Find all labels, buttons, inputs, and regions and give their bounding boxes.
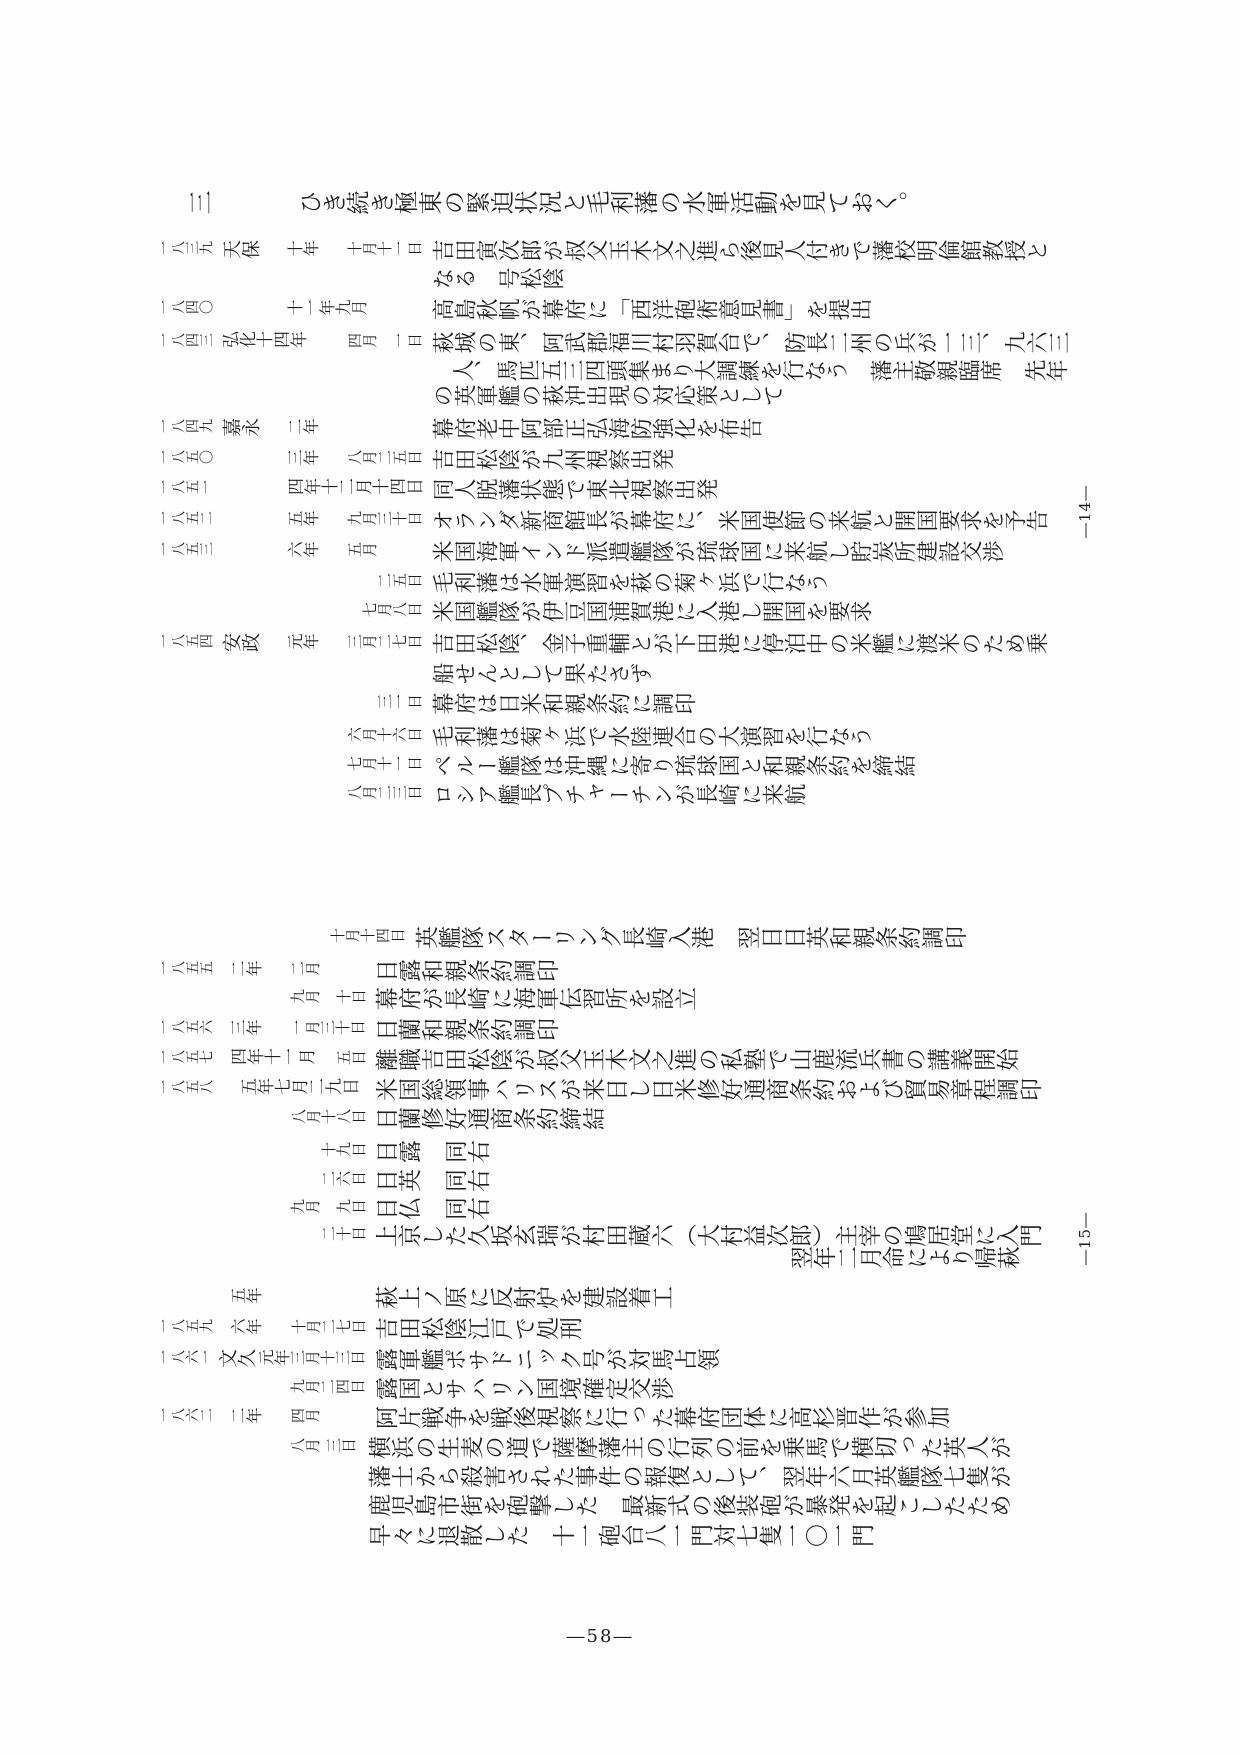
text-segment: 高島秋帆が幕府に「西洋砲術意見書」を提出 <box>432 301 872 323</box>
chronology-row: 八月二三日ロシア艦長プチャーチンが長崎に来航 <box>0 784 1240 814</box>
text-segment: 一八六一 <box>157 1351 213 1365</box>
text-segment: 一八四三 <box>157 334 213 348</box>
chronology-row: 一八五八五年七月二九日米国総領事ハリスが来日し日米修好通商条約および貿易章程調印 <box>0 1079 1240 1109</box>
text-segment: ひき続き極東の緊迫状況と毛利藩の水軍活動を見ておく。 <box>298 193 922 217</box>
text-segment: 八月二三日 <box>347 786 422 801</box>
text-segment: 五月 <box>347 543 377 558</box>
text-segment: 三月二七日 <box>347 635 422 650</box>
text-segment: 幕府は日米和親条約に調印 <box>432 695 696 717</box>
chronology-row: 一八四〇十一年九月高島秋帆が幕府に「西洋砲術意見書」を提出 <box>0 299 1240 329</box>
text-segment: 天保 <box>222 242 260 261</box>
text-segment: 八月 <box>290 1439 320 1454</box>
scan-page-number: ―58― <box>545 1626 655 1647</box>
text-segment: 五年七月二九日 <box>240 1081 359 1098</box>
text-segment: 吉田松陰、金子重輔とが下田港に停泊中の米艦に渡米のため乗 <box>432 635 1048 657</box>
chronology-row: 十九日日露 同右 <box>0 1141 1240 1171</box>
chronology-row: 八月三日横浜の生麦の道で薩摩藩主の行列の前を乗馬で横切った英人が <box>0 1437 1240 1467</box>
text-segment: 一日 <box>392 334 422 349</box>
text-segment: 一八三九 <box>157 242 213 256</box>
text-segment: 同人脱藩状態で東北視察出発 <box>432 481 718 503</box>
chronology-row: 一八六一文久元年三月十三日露軍艦ポサドニック号が対馬占領 <box>0 1349 1240 1379</box>
text-segment: 日露和親条約調印 <box>375 962 559 985</box>
chronology-row: 一八六二二年四月阿片戦争を戦後視察に行った幕府団体に高杉晋作が参加 <box>0 1407 1240 1437</box>
text-segment: 五日 <box>336 1051 366 1066</box>
text-segment: 幕府老中阿部正弘海防強化を布告 <box>432 420 762 442</box>
scanned-document-page: 三ひき続き極東の緊迫状況と毛利藩の水軍活動を見ておく。一八三九天保十年十月十一日… <box>0 0 1240 1754</box>
text-segment: 四月 <box>290 1409 320 1424</box>
text-segment: 七月十一日 <box>347 757 422 772</box>
text-segment: 毛利藩は水軍演習を萩の菊ヶ浜で行なう <box>432 574 828 596</box>
text-segment: 人、馬匹五三四頭集まり大調練を行なう 藩主敬親臨席 先年 <box>452 362 1068 384</box>
text-segment: 鹿児島市街を砲撃した 最新式の後装砲が暴発を起こしたため <box>368 1497 1012 1520</box>
chronology-row: 一八五五二年二月日露和親条約調印 <box>0 960 1240 990</box>
text-segment: 三月十三日 <box>290 1351 365 1366</box>
text-segment: 露国とサハリン国境確定交渉 <box>375 1380 674 1403</box>
text-segment: 日英 同右 <box>375 1172 490 1195</box>
text-segment: 米国海軍インド派遣艦隊が琉球国に来航し貯炭所建設交渉 <box>432 543 1004 565</box>
text-segment: 九月 <box>290 1200 320 1215</box>
chronology-row: の英軍艦の萩沖出現の対応策として <box>0 385 1240 415</box>
text-segment: 一八五七 <box>157 1051 213 1065</box>
text-segment: 十月十一日 <box>347 242 422 257</box>
text-segment: 安政 <box>222 635 260 654</box>
book-page-number: ―14― <box>1076 485 1094 538</box>
chronology-row: 七月八日米国艦隊が伊豆国浦賀港に入港し開国を要求 <box>0 601 1240 631</box>
chronology-row: 一八四三弘化十四年四月一日萩城の東、阿武郡福川村羽賀台で、防長二州の兵が一三、九… <box>0 332 1240 362</box>
text-segment: 二年 <box>230 962 262 978</box>
text-segment: 日蘭和親条約調印 <box>375 1021 559 1044</box>
text-segment: 一八五八 <box>157 1081 213 1095</box>
text-segment: 一八五九 <box>157 1320 213 1334</box>
chronology-row: 八月十八日日蘭修好通商条約締結 <box>0 1108 1240 1138</box>
chronology-row: 六月十六日毛利藩は菊ヶ浜で水陸連合の大演習を行なう <box>0 726 1240 756</box>
text-segment: 萩上ノ原に反射炉を建設着工 <box>375 1289 674 1312</box>
chronology-row: 一八五四安政元年三月二七日吉田松陰、金子重輔とが下田港に停泊中の米艦に渡米のため… <box>0 633 1240 663</box>
chronology-row: 一八五九六年十月二七日吉田松陰江戸で処刑 <box>0 1318 1240 1348</box>
text-segment: 吉田松陰江戸で処刑 <box>375 1320 582 1343</box>
text-segment: 早々に退散した 十一砲台八一門対七隻一〇一門 <box>368 1527 874 1550</box>
chronology-row: 七月十一日ペルー艦隊は沖縄に寄り琉球国と和親条約を締結 <box>0 755 1240 785</box>
chronology-row: 二五日毛利藩は水軍演習を萩の菊ヶ浜で行なう <box>0 572 1240 602</box>
text-segment: 一八六二 <box>157 1409 213 1423</box>
text-segment: 十月十四日 <box>330 929 405 944</box>
text-segment: なる 号松陰 <box>432 270 564 292</box>
chronology-row: 三一日幕府は日米和親条約に調印 <box>0 693 1240 723</box>
chronology-row: 五年萩上ノ原に反射炉を建設着工 <box>0 1287 1240 1317</box>
chronology-row: 九月九日日仏 同右 <box>0 1198 1240 1228</box>
text-segment: 露軍艦ポサドニック号が対馬占領 <box>375 1351 720 1374</box>
chronology-row: なる 号松陰 <box>0 268 1240 298</box>
text-segment: 一八五六 <box>157 1021 213 1035</box>
text-segment: 英艦隊スターリング長崎入港 翌日日英和親条約調印 <box>415 929 967 952</box>
text-segment: 一八五一 <box>157 481 213 495</box>
chronology-row: 早々に退散した 十一砲台八一門対七隻一〇一門 <box>0 1525 1240 1555</box>
text-segment: 四年十二月十四日 <box>287 481 423 498</box>
text-segment: 二六日 <box>321 1172 366 1187</box>
text-segment: 離職吉田松陰が叔父玉木文之進の私塾で山鹿流兵書の講義開始 <box>375 1051 1019 1074</box>
chronology-row: 一八五二五年九月三十日オランダ新商館長が幕府に、米国使節の来航と開国要求を予告 <box>0 510 1240 540</box>
chronology-row: 一八五七四年十一月五日離職吉田松陰が叔父玉木文之進の私塾で山鹿流兵書の講義開始 <box>0 1049 1240 1079</box>
text-segment: 六年 <box>230 1320 262 1336</box>
chronology-row: 九月二四日露国とサハリン国境確定交渉 <box>0 1378 1240 1408</box>
chronology-row: 二六日日英 同右 <box>0 1170 1240 1200</box>
text-segment: 一八四〇 <box>157 301 213 315</box>
text-segment: 八月二五日 <box>347 451 422 466</box>
text-segment: 五年 <box>287 512 319 528</box>
text-segment: 弘化十四年 <box>222 334 307 351</box>
text-segment: 米国艦隊が伊豆国浦賀港に入港し開国を要求 <box>432 603 872 625</box>
text-segment: 藩士から殺害された事件の報復として、翌年六月英艦隊七隻が <box>368 1468 1012 1491</box>
text-segment: 九月二四日 <box>290 1380 365 1395</box>
text-segment: 二十日 <box>321 1227 366 1242</box>
text-segment: 十日 <box>336 990 366 1005</box>
text-segment: 元年 <box>287 635 319 651</box>
text-segment: ペルー艦隊は沖縄に寄り琉球国と和親条約を締結 <box>432 757 916 779</box>
text-segment: 米国総領事ハリスが来日し日米修好通商条約および貿易章程調印 <box>375 1081 1042 1104</box>
text-segment: 九月 <box>290 990 320 1005</box>
text-segment: 一八五二 <box>157 512 213 526</box>
text-segment: 六月十六日 <box>347 728 422 743</box>
rotated-book-page: 三ひき続き極東の緊迫状況と毛利藩の水軍活動を見ておく。一八三九天保十年十月十一日… <box>0 0 1240 1754</box>
chronology-row: 一八五六三年一月三十日日蘭和親条約調印 <box>0 1019 1240 1049</box>
text-segment: 日蘭修好通商条約締結 <box>375 1110 605 1133</box>
text-segment: 二年 <box>230 1409 262 1425</box>
text-segment: 吉田松陰が九州視察出発 <box>432 451 674 473</box>
text-segment: 文久 <box>218 1351 256 1370</box>
text-segment: 一八五五 <box>157 962 213 976</box>
text-segment: 船せんとして果たさず <box>432 665 652 687</box>
chronology-row: 翌年二月命により帰萩 <box>0 1247 1240 1277</box>
text-segment: 横浜の生麦の道で薩摩藩主の行列の前を乗馬で横切った英人が <box>368 1439 1012 1462</box>
text-segment: 一八五四 <box>157 635 213 649</box>
text-segment: 三 <box>188 193 212 217</box>
book-page-number: ―15― <box>1076 1212 1094 1265</box>
chronology-row: 一八五一四年十二月十四日同人脱藩状態で東北視察出発 <box>0 479 1240 509</box>
chronology-row: 藩士から殺害された事件の報復として、翌年六月英艦隊七隻が <box>0 1466 1240 1496</box>
text-segment: 元年 <box>258 1351 290 1367</box>
text-segment: 毛利藩は菊ヶ浜で水陸連合の大演習を行なう <box>432 728 872 750</box>
text-segment: オランダ新商館長が幕府に、米国使節の来航と開国要求を予告 <box>432 512 1048 534</box>
text-segment: 十九日 <box>321 1143 366 1158</box>
text-segment: 幕府が長崎に海軍伝習所を設立 <box>375 990 697 1013</box>
text-segment: 四年十一月 <box>230 1051 315 1068</box>
text-segment: 阿片戦争を戦後視察に行った幕府団体に高杉晋作が参加 <box>375 1409 950 1432</box>
chronology-row: 鹿児島市街を砲撃した 最新式の後装砲が暴発を起こしたため <box>0 1495 1240 1525</box>
text-segment: 三年 <box>230 1021 262 1037</box>
chronology-row: 一八五三六年五月米国海軍インド派遣艦隊が琉球国に来航し貯炭所建設交渉 <box>0 541 1240 571</box>
text-segment: 二月 <box>290 962 320 977</box>
text-segment: 一月三十日 <box>290 1021 365 1036</box>
text-segment: 七月八日 <box>362 603 422 618</box>
text-segment: 翌年二月命により帰萩 <box>790 1249 1020 1272</box>
text-segment: 一八五〇 <box>157 451 213 465</box>
text-segment: 日露 同右 <box>375 1143 490 1166</box>
text-segment: 九日 <box>336 1200 366 1215</box>
text-segment: 四月 <box>347 334 377 349</box>
text-segment: 一八四九 <box>157 420 213 434</box>
text-segment: 九月三十日 <box>347 512 422 527</box>
text-segment: 八月十八日 <box>291 1110 366 1125</box>
text-segment: 十月二七日 <box>291 1320 366 1335</box>
chronology-row: 九月十日幕府が長崎に海軍伝習所を設立 <box>0 988 1240 1018</box>
chronology-row: 一八三九天保十年十月十一日吉田寅次郎が叔父玉木文之進ら後見人付きで藩校明倫館教授… <box>0 240 1240 270</box>
text-segment: 三一日 <box>377 695 422 710</box>
chronology-row: 十月十四日英艦隊スターリング長崎入港 翌日日英和親条約調印 <box>0 927 1240 957</box>
text-segment: 十年 <box>287 242 319 258</box>
text-segment: 六年 <box>287 543 319 559</box>
text-segment: 五年 <box>230 1289 262 1305</box>
chronology-row: 一八五〇三年八月二五日吉田松陰が九州視察出発 <box>0 449 1240 479</box>
chronology-row: 一八四九嘉永二年幕府老中阿部正弘海防強化を布告 <box>0 418 1240 448</box>
text-segment: 十一年九月 <box>287 301 367 317</box>
text-segment: 萩城の東、阿武郡福川村羽賀台で、防長二州の兵が一三、九六三 <box>432 334 1070 356</box>
text-segment: 三年 <box>287 451 319 467</box>
chronology-row: 船せんとして果たさず <box>0 663 1240 693</box>
text-segment: 二年 <box>287 420 319 436</box>
text-segment: 二五日 <box>377 574 422 589</box>
text-segment: 三日 <box>326 1439 356 1454</box>
text-segment: の英軍艦の萩沖出現の対応策として <box>432 387 784 409</box>
text-segment: 嘉永 <box>222 420 260 439</box>
text-segment: 吉田寅次郎が叔父玉木文之進ら後見人付きで藩校明倫館教授と <box>432 242 1048 264</box>
section-title-row: 三ひき続き極東の緊迫状況と毛利藩の水軍活動を見ておく。 <box>0 191 1240 221</box>
text-segment: 日仏 同右 <box>375 1200 490 1223</box>
text-segment: ロシア艦長プチャーチンが長崎に来航 <box>432 786 806 808</box>
text-segment: 一八五三 <box>157 543 213 557</box>
